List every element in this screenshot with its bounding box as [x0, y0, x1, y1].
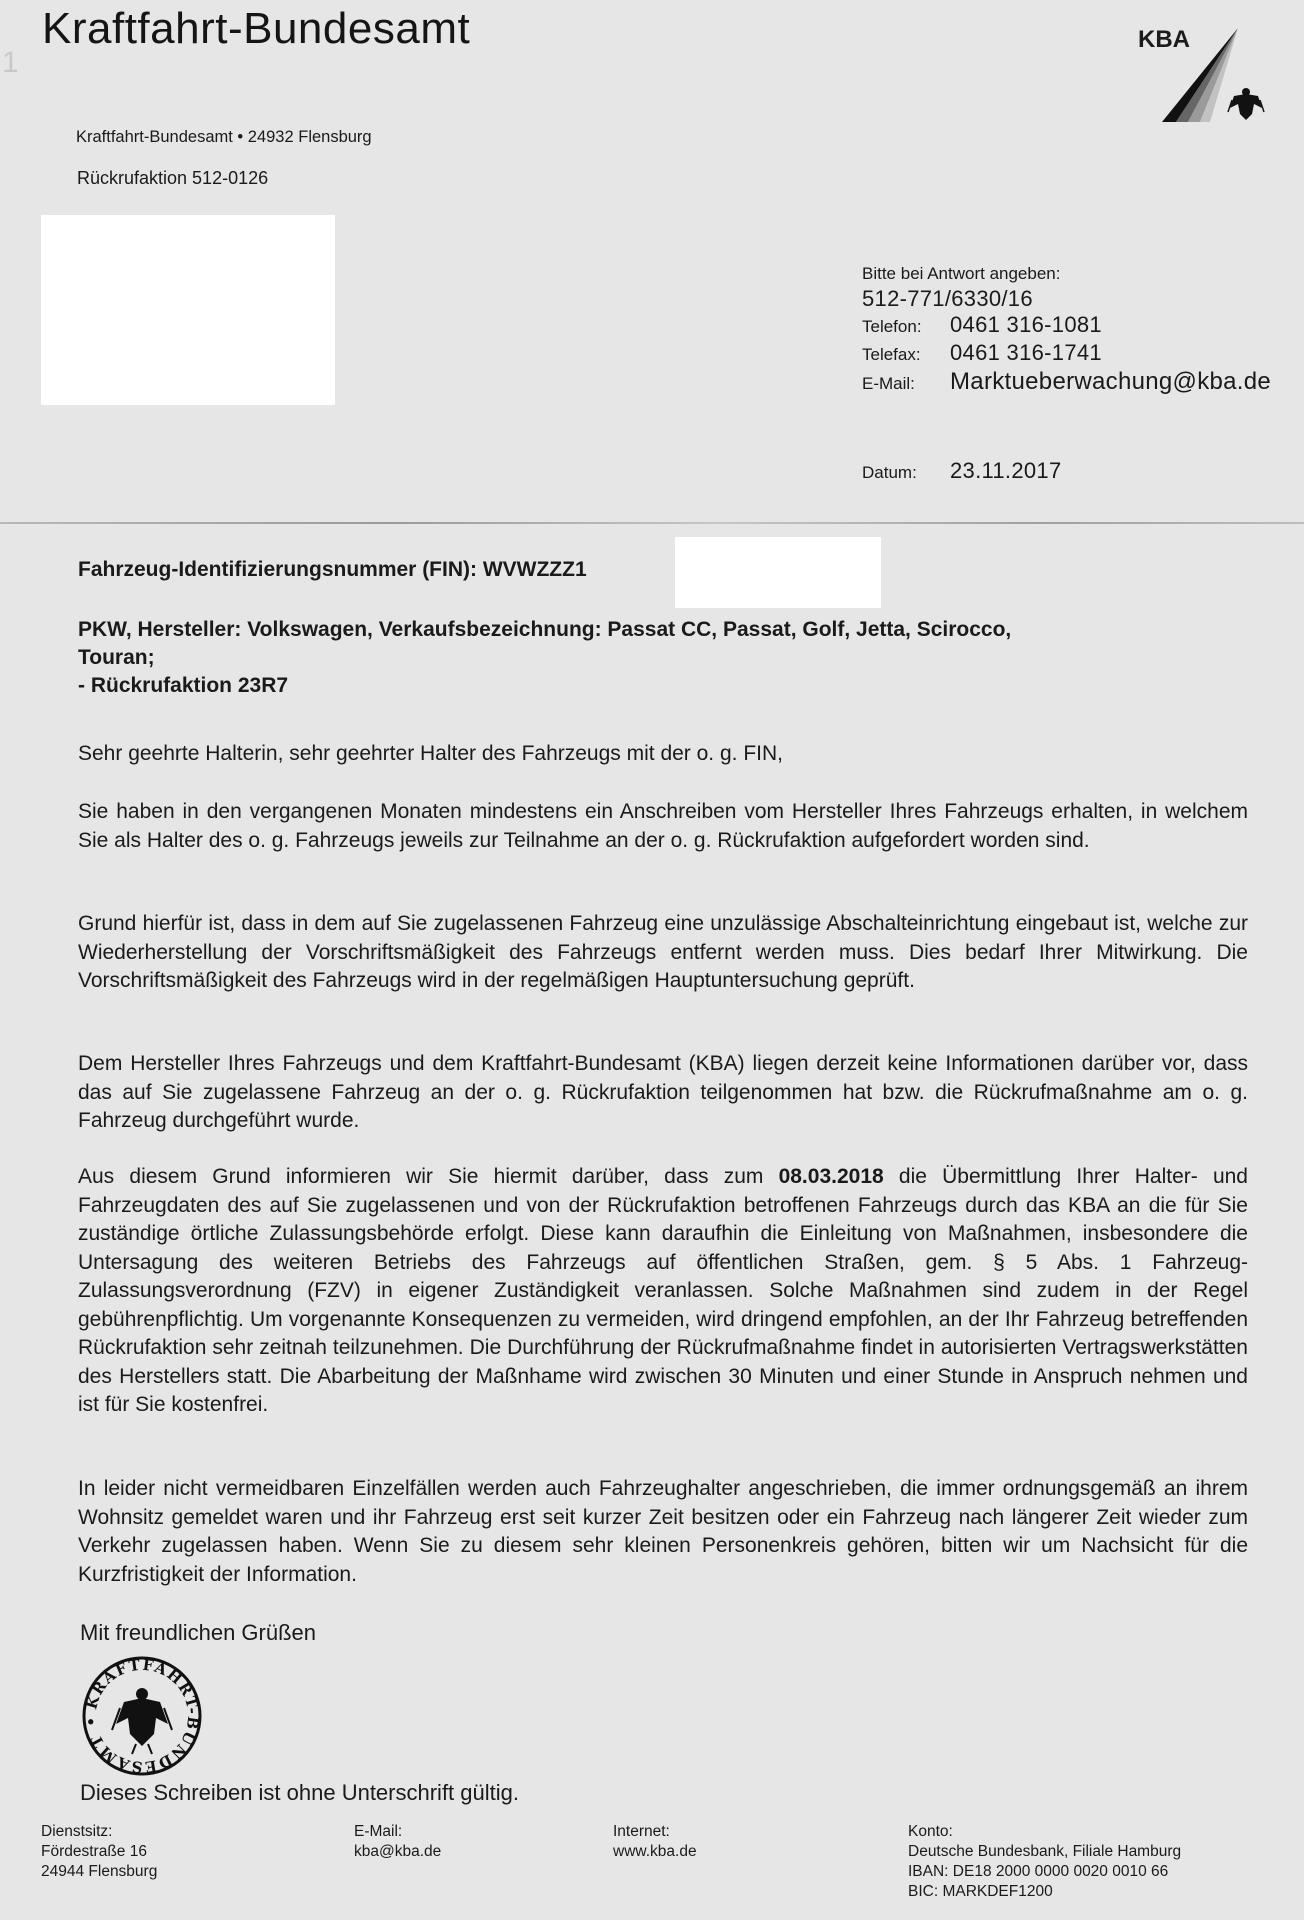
contact-row-fax: Telefax: 0461 316-1741	[862, 340, 1271, 368]
sender-address-line: Kraftfahrt-Bundesamt • 24932 Flensburg	[76, 128, 372, 147]
footer-email: E-Mail: kba@kba.de	[354, 1822, 441, 1862]
date-value: 23.11.2017	[950, 458, 1061, 484]
recall-reference: Rückrufaktion 512-0126	[77, 168, 268, 189]
vehicle-description: PKW, Hersteller: Volkswagen, Verkaufsbez…	[78, 616, 1238, 700]
paragraph-2: Grund hierfür ist, dass in dem auf Sie z…	[78, 910, 1248, 996]
footer-account-bank: Deutsche Bundesbank, Filiale Hamburg	[908, 1842, 1181, 1862]
phone-label: Telefon:	[862, 317, 950, 337]
page-marker: 1	[2, 46, 19, 80]
paragraph-3: Dem Hersteller Ihres Fahrzeugs und dem K…	[78, 1050, 1248, 1136]
footer-account-bic: BIC: MARKDEF1200	[908, 1882, 1181, 1902]
date-label: Datum:	[862, 463, 950, 483]
vehicle-line-3: - Rückrufaktion 23R7	[78, 672, 1238, 700]
seal-eagle-icon: KRAFTFAHRT-BUNDESAMT •	[80, 1654, 204, 1778]
transfer-deadline-date: 08.03.2018	[779, 1165, 884, 1188]
vehicle-line-1: PKW, Hersteller: Volkswagen, Verkaufsbez…	[78, 616, 1238, 644]
phone-value: 0461 316-1081	[950, 312, 1102, 338]
redacted-fin	[675, 537, 881, 608]
email-label: E-Mail:	[862, 374, 950, 394]
organization-title: Kraftfahrt-Bundesamt	[42, 4, 470, 54]
footer-account-iban: IBAN: DE18 2000 0000 0020 0010 66	[908, 1862, 1181, 1882]
official-seal: KRAFTFAHRT-BUNDESAMT •	[80, 1654, 204, 1778]
reference-number: 512-771/6330/16	[862, 286, 1271, 312]
paragraph-4: Aus diesem Grund informieren wir Sie hie…	[78, 1163, 1248, 1420]
paragraph-5: In leider nicht vermeidbaren Einzelfälle…	[78, 1475, 1248, 1589]
closing-salutation: Mit freundlichen Grüßen	[80, 1620, 316, 1646]
kba-logo: KBA	[1130, 20, 1280, 130]
fold-line-divider	[0, 522, 1304, 524]
federal-eagle-icon	[1226, 84, 1266, 124]
paragraph-1: Sie haben in den vergangenen Monaten min…	[78, 798, 1248, 855]
fax-label: Telefax:	[862, 345, 950, 365]
greeting: Sehr geehrte Halterin, sehr geehrter Hal…	[78, 740, 1248, 769]
footer-seat-label: Dienstsitz:	[41, 1822, 157, 1842]
email-value[interactable]: Marktueberwachung@kba.de	[950, 368, 1271, 396]
footer-internet-label: Internet:	[613, 1822, 697, 1842]
fin-line: Fahrzeug-Identifizierungsnummer (FIN): W…	[78, 558, 587, 582]
footer-seat-street: Fördestraße 16	[41, 1842, 157, 1862]
no-signature-note: Dieses Schreiben ist ohne Unterschrift g…	[80, 1780, 519, 1806]
footer-account-label: Konto:	[908, 1822, 1181, 1842]
date-row: Datum: 23.11.2017	[862, 458, 1061, 484]
footer-seat-city: 24944 Flensburg	[41, 1862, 157, 1882]
paragraph-4-rest: die Übermittlung Ihrer Halter- und Fahrz…	[78, 1165, 1248, 1416]
contact-row-email: E-Mail: Marktueberwachung@kba.de	[862, 368, 1271, 396]
contact-block: Bitte bei Antwort angeben: 512-771/6330/…	[862, 264, 1271, 396]
redacted-recipient-address	[41, 215, 335, 405]
footer-email-label: E-Mail:	[354, 1822, 441, 1842]
vehicle-line-2: Touran;	[78, 644, 1238, 672]
fax-value: 0461 316-1741	[950, 340, 1102, 366]
footer-account: Konto: Deutsche Bundesbank, Filiale Hamb…	[908, 1822, 1181, 1902]
reply-hint: Bitte bei Antwort angeben:	[862, 264, 1271, 284]
paragraph-4-intro: Aus diesem Grund informieren wir Sie hie…	[78, 1165, 779, 1188]
footer-seat: Dienstsitz: Fördestraße 16 24944 Flensbu…	[41, 1822, 157, 1882]
footer-email-value[interactable]: kba@kba.de	[354, 1842, 441, 1862]
footer-internet-value[interactable]: www.kba.de	[613, 1842, 697, 1862]
contact-row-phone: Telefon: 0461 316-1081	[862, 312, 1271, 340]
footer-internet: Internet: www.kba.de	[613, 1822, 697, 1862]
